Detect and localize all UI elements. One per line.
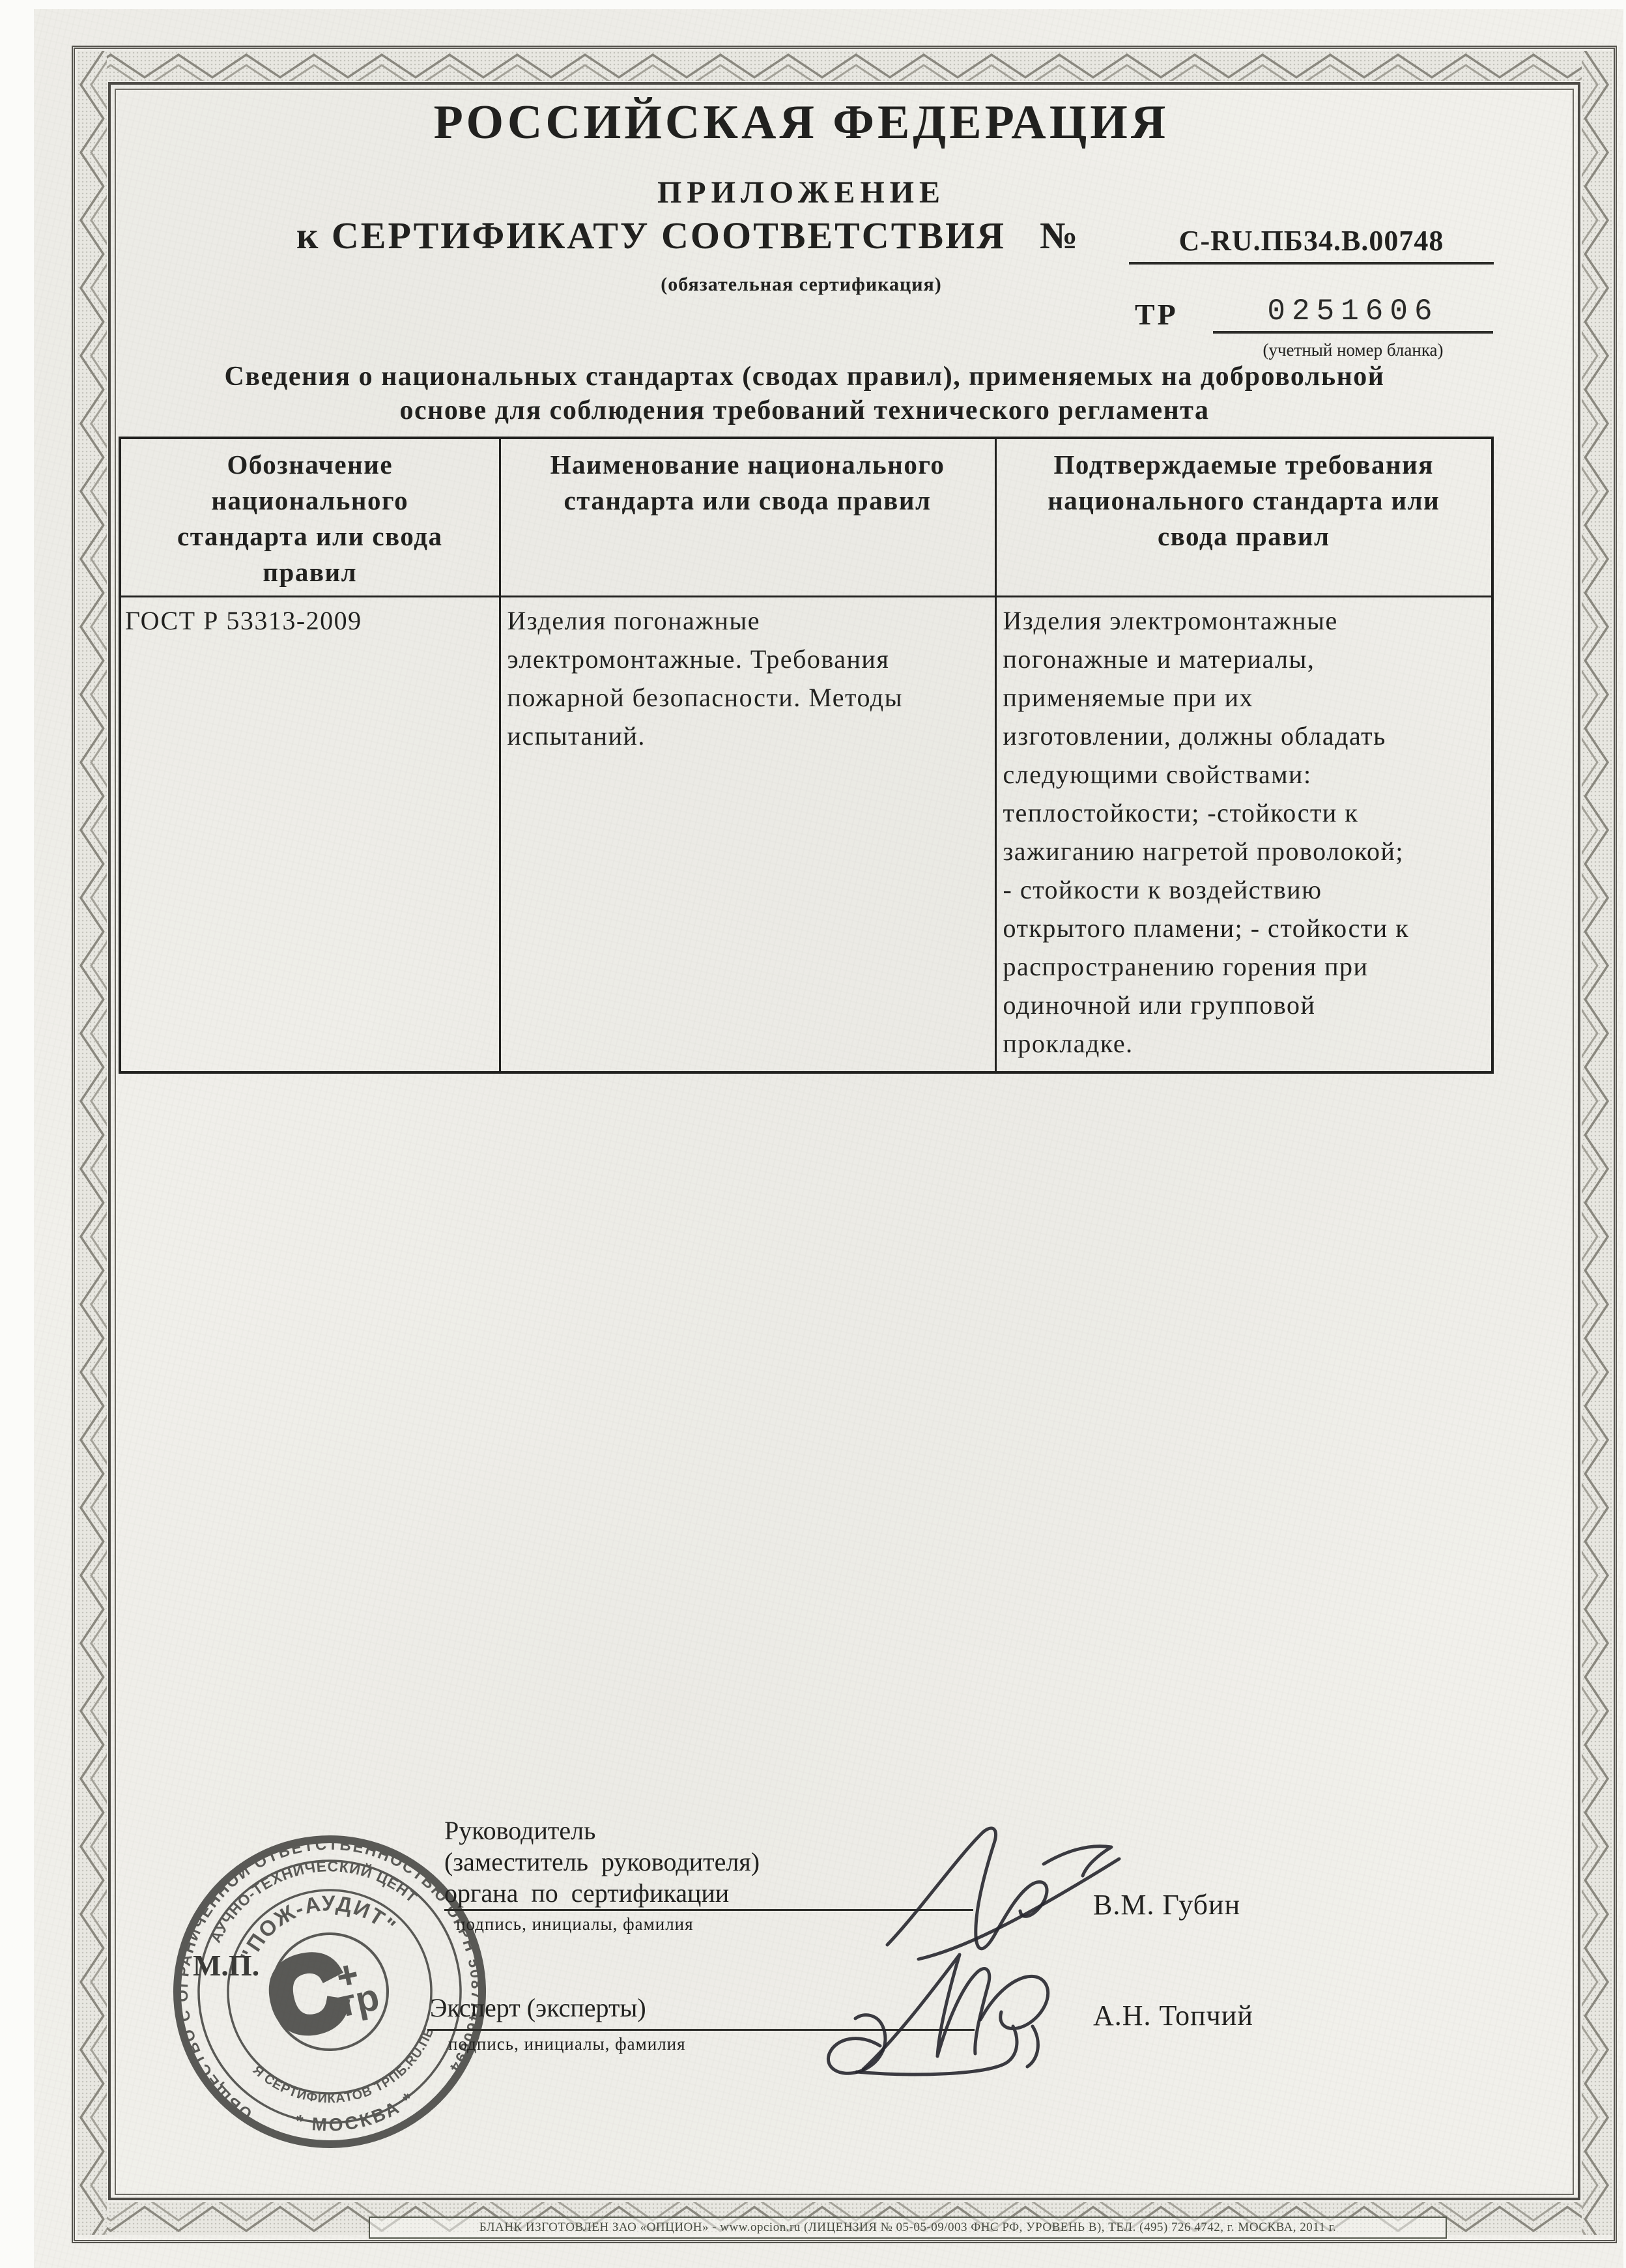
col-header-designation: Обозначение национального стандарта или … — [120, 438, 500, 597]
certificate-line-label: к СЕРТИФИКАТУ СООТВЕТСТВИЯ — [296, 214, 1006, 257]
certificate-line: к СЕРТИФИКАТУ СООТВЕТСТВИЯ№ — [296, 214, 1079, 257]
round-stamp: ОБЩЕСТВО С ОГРАНИЧЕННОЙ ОТВЕТСТВЕННОСТЬЮ… — [171, 1833, 489, 2151]
head-signature-caption: подпись, инициалы, фамилия — [456, 1914, 694, 1934]
col-header-requirements: Подтверждаемые требования национального … — [995, 438, 1492, 597]
blank-imprint: БЛАНК ИЗГОТОВЛЕН ЗАО «ОПЦИОН» - www.opci… — [369, 2217, 1447, 2239]
expert-name: А.Н. Топчий — [1093, 1999, 1253, 2032]
stamp-logo-small-letters: тр — [334, 1975, 383, 2026]
border-band-top — [77, 51, 1612, 81]
stamp-seal-icon: ОБЩЕСТВО С ОГРАНИЧЕННОЙ ОТВЕТСТВЕННОСТЬЮ… — [171, 1833, 489, 2151]
border-band-left — [77, 51, 107, 2235]
tr-label: ТР — [1135, 297, 1178, 332]
border-band-right — [1582, 51, 1612, 2235]
head-name: В.М. Губин — [1093, 1888, 1240, 1921]
certificate-attachment-scan: РОССИЙСКАЯ ФЕДЕРАЦИЯ ПРИЛОЖЕНИЕ к СЕРТИФ… — [0, 0, 1626, 2268]
expert-role-label: Эксперт (эксперты) — [430, 1992, 646, 2023]
col-header-name: Наименование национального стандарта или… — [500, 438, 995, 597]
zigzag-pattern-icon — [77, 51, 1612, 81]
attachment-title: ПРИЛОЖЕНИЕ — [150, 175, 1453, 210]
table-row: ГОСТ Р 53313-2009 Изделия погонажные эле… — [120, 597, 1492, 1072]
certificate-number: C-RU.ПБ34.В.00748 — [1129, 218, 1494, 265]
blank-number-caption: (учетный номер бланка) — [1213, 340, 1493, 360]
cell-requirements: Изделия электромонтажные погонажные и ма… — [995, 597, 1492, 1072]
cell-designation: ГОСТ Р 53313-2009 — [120, 597, 500, 1072]
zigzag-pattern-icon — [77, 51, 107, 2235]
expert-signature-caption: подпись, инициалы, фамилия — [448, 2034, 686, 2054]
table-header-row: Обозначение национального стандарта или … — [120, 438, 1492, 597]
head-role-label: Руководитель (заместитель руководителя) … — [444, 1815, 760, 1909]
intro-paragraph: Сведения о национальных стандартах (свод… — [127, 360, 1482, 427]
cell-standard-name: Изделия погонажные электромонтажные. Тре… — [500, 597, 995, 1072]
zigzag-pattern-icon — [1582, 51, 1612, 2235]
number-sign: № — [1040, 214, 1079, 257]
standards-table: Обозначение национального стандарта или … — [119, 437, 1494, 1074]
country-title: РОССИЙСКАЯ ФЕДЕРАЦИЯ — [150, 95, 1453, 151]
expert-signature-icon — [818, 1942, 1059, 2082]
blank-number: 0251606 — [1213, 291, 1493, 334]
